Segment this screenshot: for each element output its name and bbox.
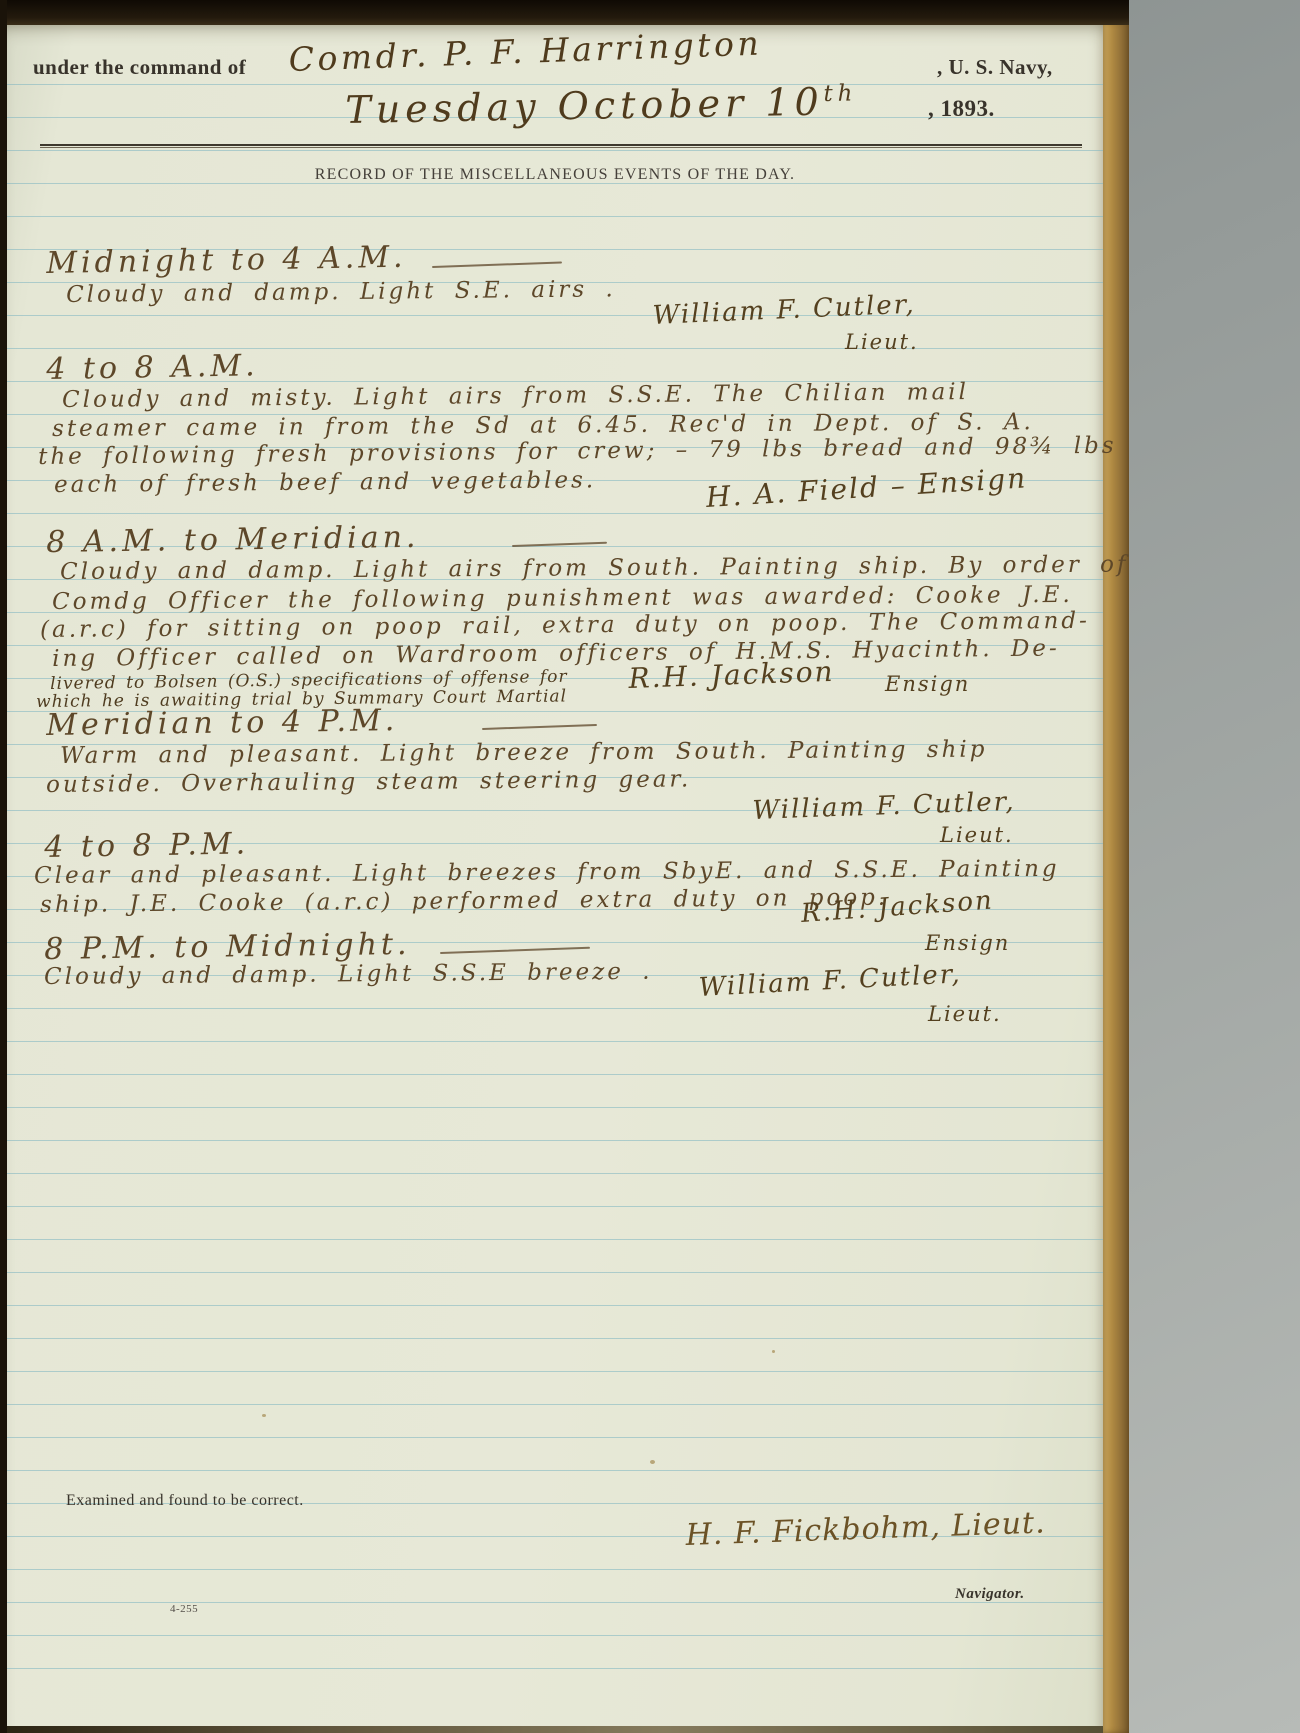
signature-rank: Lieut. [940,823,1014,847]
left-binding-edge [0,0,7,1733]
bottom-page-edge [7,1726,1103,1733]
date-suffix: th [823,80,857,107]
signature-rank: Ensign [885,672,970,696]
entry-heading: 8 A.M. to Meridian. [46,520,420,560]
top-binding-edge [0,0,1129,25]
paper-speck [772,1350,775,1353]
form-number: 4-255 [170,1603,198,1615]
command-of-label: under the command of [33,55,246,80]
entry-heading: Midnight to 4 A.M. [46,240,407,281]
navigator-label: Navigator. [955,1586,1025,1603]
entry-line: Cloudy and damp. Light S.S.E breeze . [44,959,653,990]
entry-heading: 4 to 8 A.M. [46,348,259,387]
logbook-scan: under the command of Comdr. P. F. Harrin… [0,0,1300,1733]
date-text: Tuesday October 10 [345,80,824,132]
signature-rank: Lieut. [845,330,919,354]
header-divider-rule [40,144,1082,148]
date-line-handwritten: Tuesday October 10th [345,79,858,132]
entry-heading: Meridian to 4 P.M. [46,703,399,743]
entry-heading: 4 to 8 P.M. [44,826,249,865]
paper-speck [262,1414,266,1417]
us-navy-label: , U. S. Navy, [937,55,1053,80]
year-label: , 1893. [928,96,995,122]
signature-rank: Ensign [925,931,1010,955]
page-edge-stack [1103,22,1129,1733]
section-title: RECORD OF THE MISCELLANEOUS EVENTS OF TH… [7,166,1103,184]
entry-line: each of fresh beef and vegetables. [54,467,596,498]
examined-label: Examined and found to be correct. [66,1492,304,1510]
paper-speck [650,1460,655,1464]
signature-rank: Lieut. [928,1002,1002,1026]
